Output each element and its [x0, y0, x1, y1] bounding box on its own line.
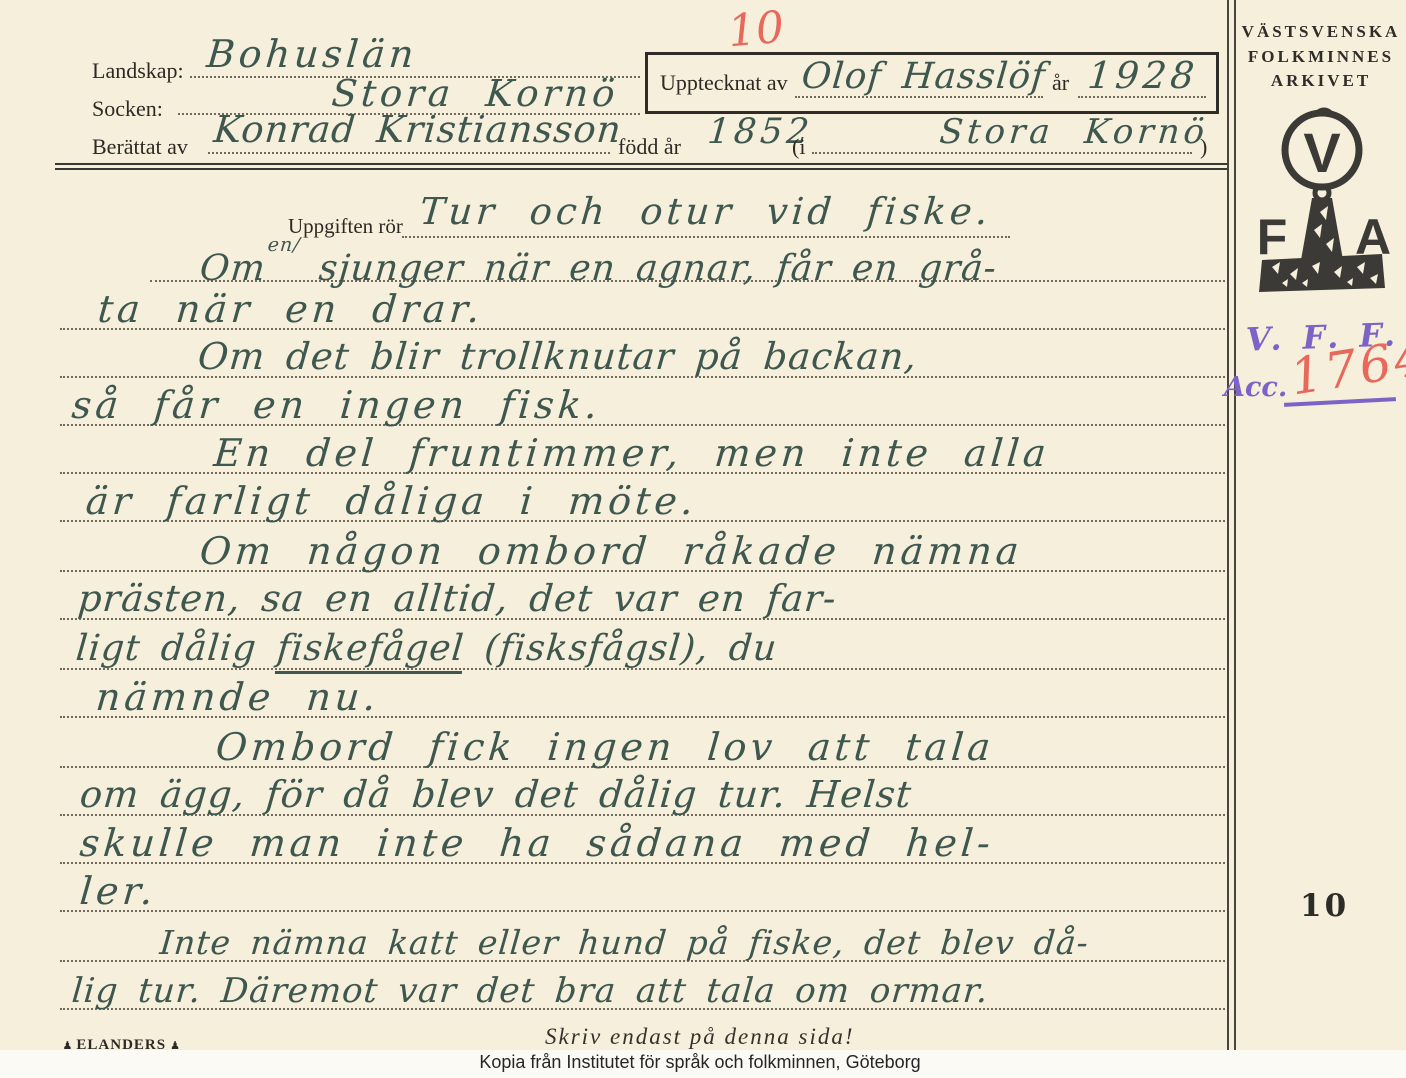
born-paren-open: (i — [792, 134, 805, 160]
stamp-acc-label: Acc. — [1224, 372, 1287, 403]
archive-title: VÄSTSVENSKA FOLKMINNES ARKIVET — [1236, 20, 1406, 94]
subject-value: Tur och otur vid fiske. — [418, 190, 994, 233]
body-line: ligt dålig fiskefågel (fisksfågsl), du — [74, 626, 779, 672]
logo-letter-v: V — [1303, 121, 1340, 184]
body-line: skulle man inte ha sådana med hel- — [78, 820, 996, 866]
page-number: 10 — [1300, 888, 1349, 924]
body-line: är farligt dåliga i möte. — [84, 478, 699, 524]
ruled-line — [208, 152, 610, 154]
copy-note: Kopia från Institutet för språk och folk… — [479, 1052, 920, 1073]
subject-label: Uppgiften rör — [288, 214, 403, 239]
body-line: Om det blir trollknutar på backan, — [196, 334, 919, 380]
logo-chain-link — [1315, 186, 1329, 200]
logo-letter-f: F — [1257, 209, 1288, 265]
body-line: nämnde nu. — [94, 674, 382, 720]
recorded-year-value: 1928 — [1086, 54, 1200, 97]
body-line: om ägg, för då blev det dålig tur. Helst — [78, 772, 914, 818]
ruled-line — [812, 152, 1192, 154]
archive-title-line: FOLKMINNES — [1236, 45, 1406, 70]
red-folio-number: 10 — [726, 2, 786, 58]
archive-title-line: VÄSTSVENSKA — [1236, 20, 1406, 45]
body-line: prästen, sa en alltid, det var en far- — [76, 576, 839, 622]
body-line: ler. — [78, 868, 159, 914]
body-line: så får en ingen fisk. — [70, 382, 603, 428]
born-label: född år — [618, 134, 681, 160]
recorded-name-value: Olof Hasslöf — [800, 56, 1047, 97]
recorded-label: Upptecknat av — [660, 70, 788, 96]
body-line: ta när en drar. — [96, 286, 486, 332]
born-place-value: Stora Kornö — [938, 112, 1210, 152]
archive-title-line: ARKIVET — [1236, 69, 1406, 94]
hammer-shaft — [1301, 198, 1343, 260]
divider-vertical — [1234, 0, 1236, 1050]
divider-horizontal — [55, 168, 1227, 170]
logo-letter-a: A — [1355, 209, 1391, 265]
recorded-year-label: år — [1052, 70, 1069, 96]
body-line-text: ligt dålig — [74, 628, 279, 669]
body-line: Om någon ombord råkade nämna — [198, 528, 1025, 574]
born-paren-close: ) — [1200, 134, 1207, 160]
ruled-line — [60, 910, 1225, 912]
body-line: En del fruntimmer, men inte alla — [212, 430, 1052, 476]
body-line-text: Om — [198, 248, 267, 289]
socken-label: Socken: — [92, 96, 163, 122]
insertion-superscript: en/ — [267, 234, 302, 256]
berattat-label: Berättat av — [92, 134, 188, 160]
record-card-page: Landskap: Bohuslän Socken: Stora Kornö B… — [0, 0, 1406, 1078]
body-line-text: sjunger när en agnar, får en grå- — [317, 248, 998, 289]
body-line: Omen/ sjunger när en agnar, får en grå- — [198, 238, 1000, 292]
body-line: Inte nämna katt eller hund på fiske, det… — [158, 920, 1091, 966]
landskap-label: Landskap: — [92, 58, 184, 84]
underlined-word: fiskefågel — [275, 628, 466, 674]
body-line: Ombord fick ingen lov att tala — [214, 724, 996, 770]
berattat-value: Konrad Kristiansson — [212, 108, 624, 151]
vfa-thors-hammer-logo: V F A — [1242, 102, 1402, 312]
landskap-value: Bohuslän — [205, 32, 419, 76]
divider-vertical — [1227, 0, 1229, 1050]
divider-horizontal — [55, 163, 1227, 165]
write-instruction: Skriv endast på denna sida! — [545, 1024, 855, 1050]
body-line-text: (fisksfågsl), du — [462, 628, 779, 669]
body-line: lig tur. Däremot var det bra att tala om… — [70, 968, 990, 1014]
